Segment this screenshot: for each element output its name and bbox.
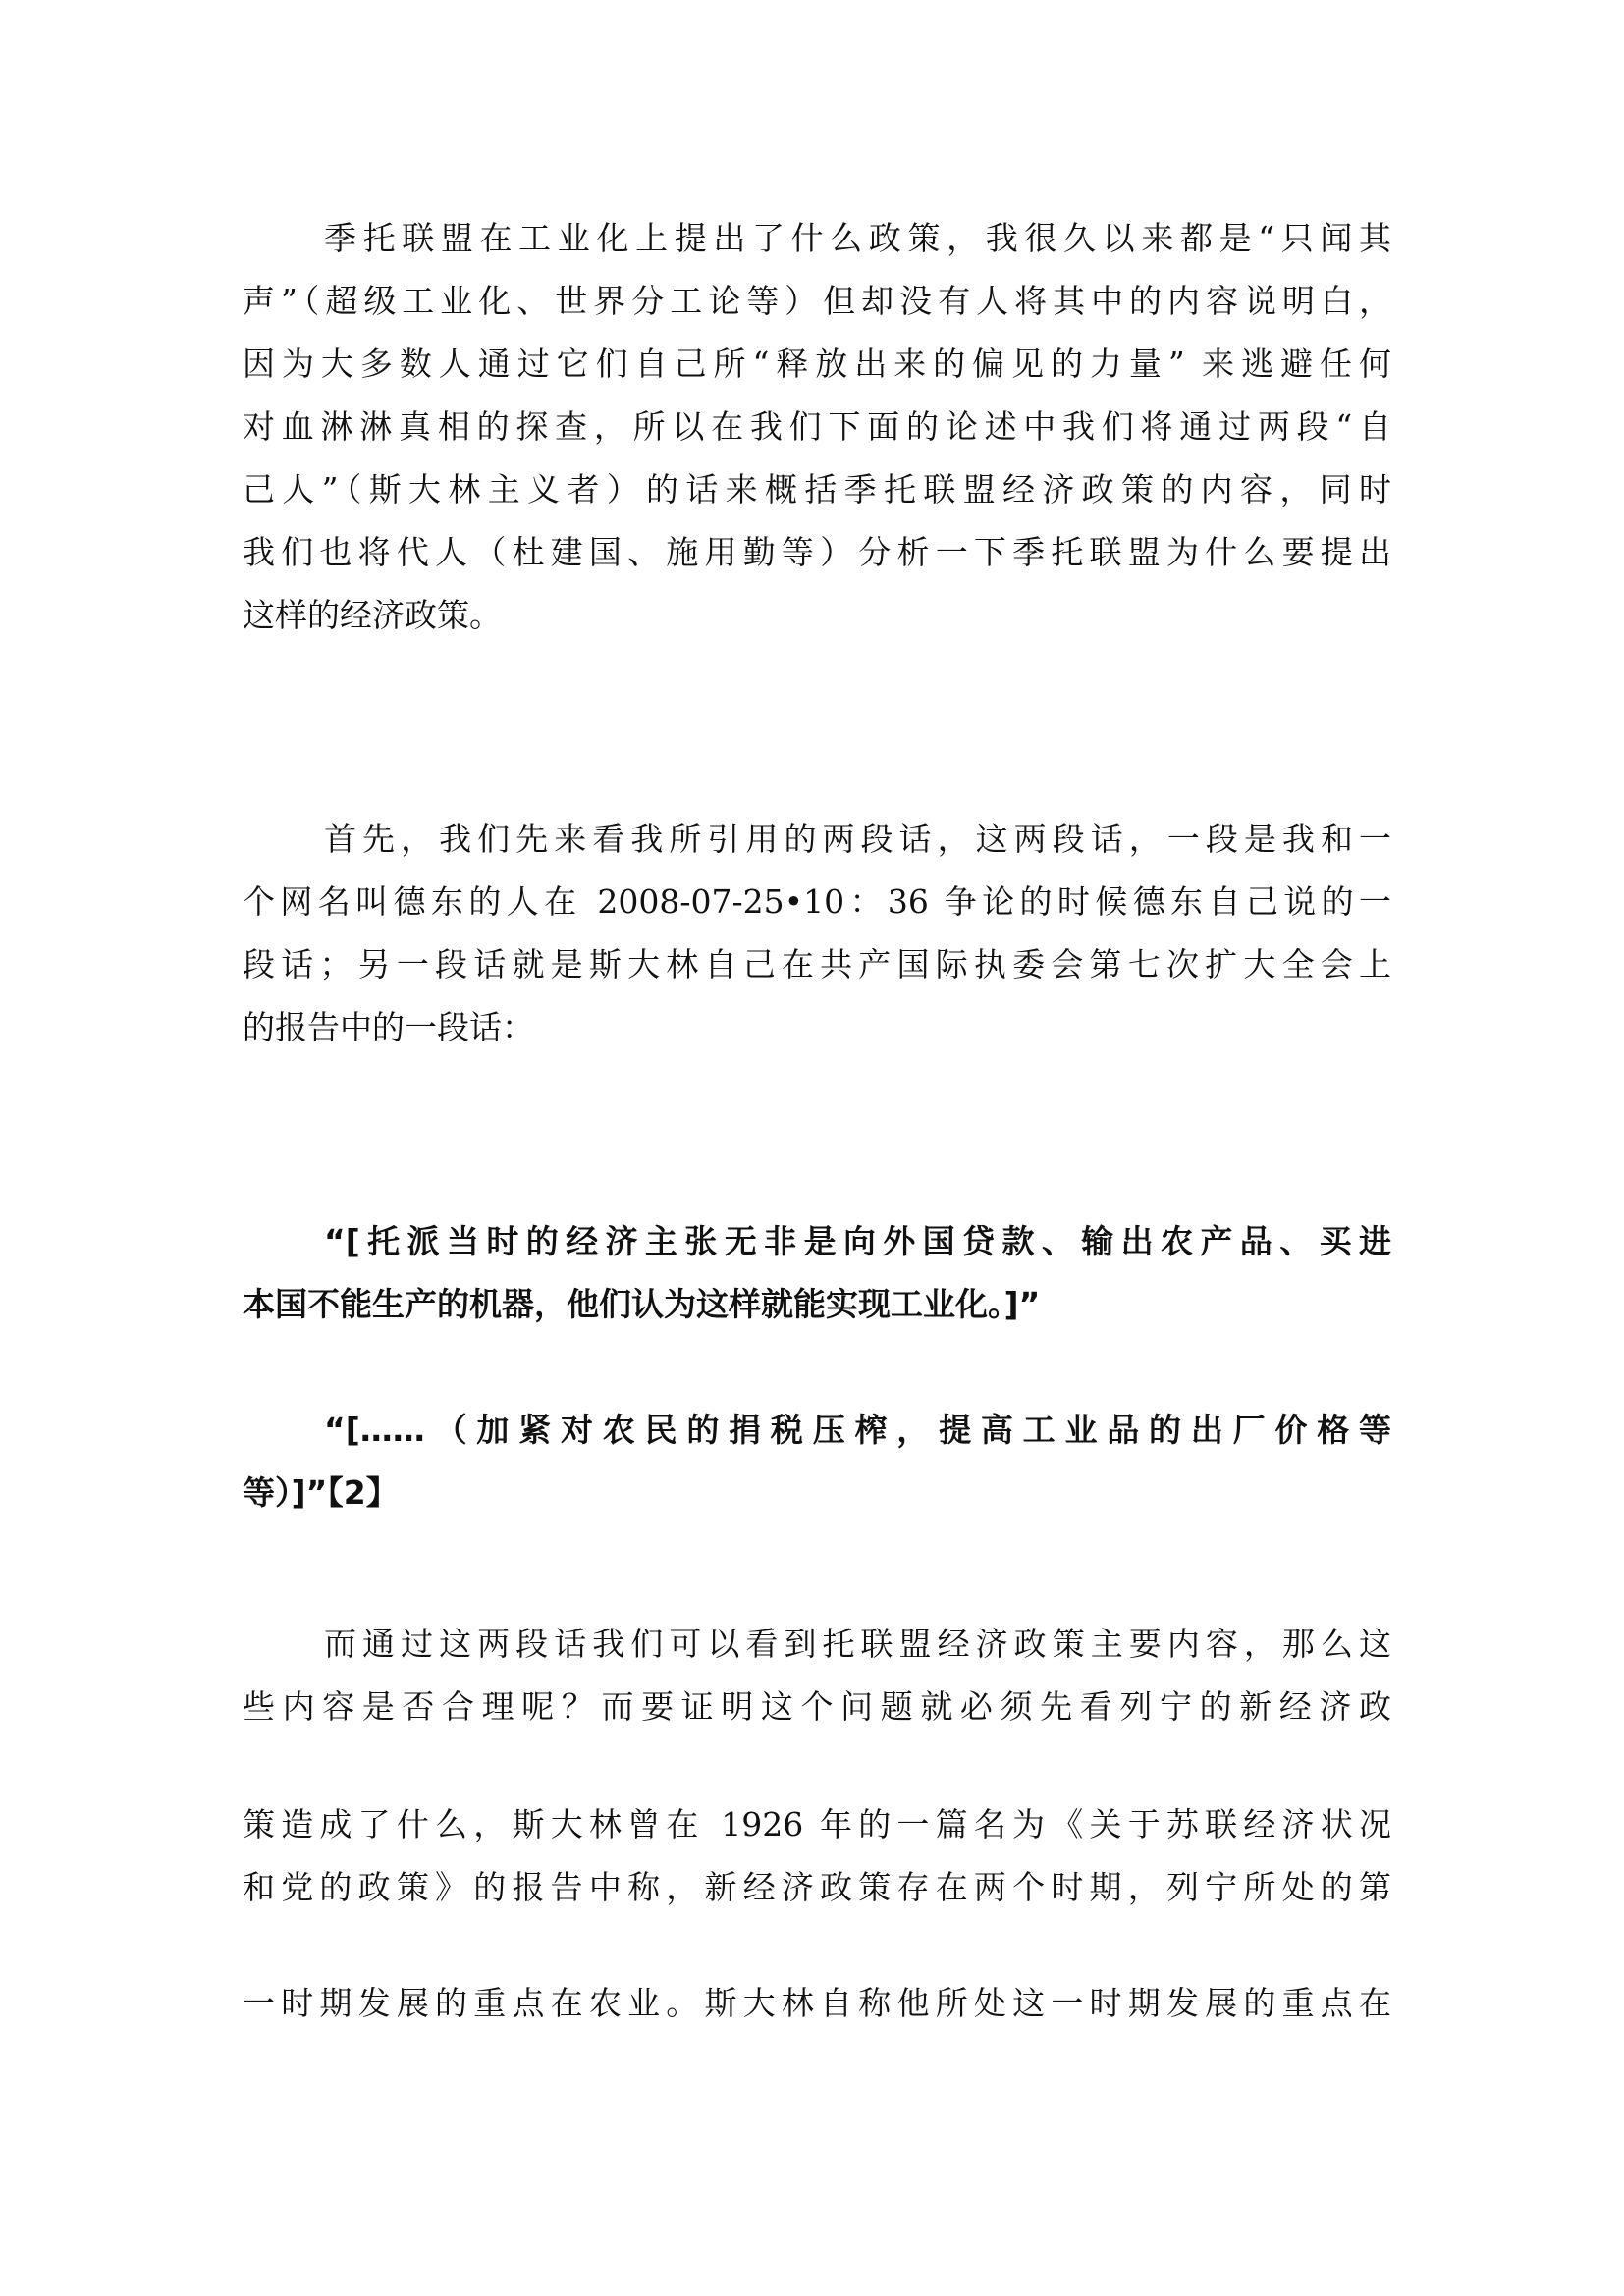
quote-line: 本国不能生产的机器，他们认为这样就能实现工业化。]” <box>243 1280 1391 1329</box>
text-line: 声”（超级工业化、世界分工论等）但却没有人将其中的内容说明白， <box>243 277 1391 326</box>
text-line: 些内容是否合理呢？而要证明这个问题就必须先看列宁的新经济政 <box>243 1682 1391 1732</box>
text-line: 一时期发展的重点在农业。斯大林自称他所处这一时期发展的重点在 <box>243 1979 1391 2028</box>
text-line: 因为大多数人通过它们自己所“释放出来的偏见的力量” 来逃避任何 <box>243 340 1391 389</box>
quote-line: “[托派当时的经济主张无非是向外国贷款、输出农产品、买进 <box>324 1217 1391 1266</box>
text-line: 这样的经济政策。 <box>243 591 1391 640</box>
document-page: 季托联盟在工业化上提出了什么政策，我很久以来都是“只闻其 声”（超级工业化、世界… <box>0 0 1624 2296</box>
text-line: 和党的政策》的报告中称，新经济政策存在两个时期，列宁所处的第 <box>243 1863 1391 1912</box>
text-line: 的报告中的一段话： <box>243 1003 1391 1052</box>
text-line: 己人”（斯大林主义者）的话来概括季托联盟经济政策的内容，同时 <box>243 465 1391 514</box>
text-line: 我们也将代人（杜建国、施用勤等）分析一下季托联盟为什么要提出 <box>243 528 1391 577</box>
text-line: 个网名叫德东的人在 2008-07-25•10：36 争论的时候德东自己说的一 <box>243 878 1391 927</box>
text-line: 段话；另一段话就是斯大林自己在共产国际执委会第七次扩大全会上 <box>243 940 1391 989</box>
text-line: 对血淋淋真相的探查，所以在我们下面的论述中我们将通过两段“自 <box>243 402 1391 452</box>
quote-line: 等）]”【2】 <box>243 1468 1391 1518</box>
text-line: 策造成了什么，斯大林曾在 1926 年的一篇名为《关于苏联经济状况 <box>243 1800 1391 1849</box>
text-line: 首先，我们先来看我所引用的两段话，这两段话，一段是我和一 <box>324 815 1391 864</box>
text-line: 而通过这两段话我们可以看到托联盟经济政策主要内容，那么这 <box>324 1620 1391 1669</box>
quote-line: “[……（加紧对农民的捐税压榨，提高工业品的出厂价格等 <box>324 1406 1391 1455</box>
text-line: 季托联盟在工业化上提出了什么政策，我很久以来都是“只闻其 <box>324 214 1391 263</box>
